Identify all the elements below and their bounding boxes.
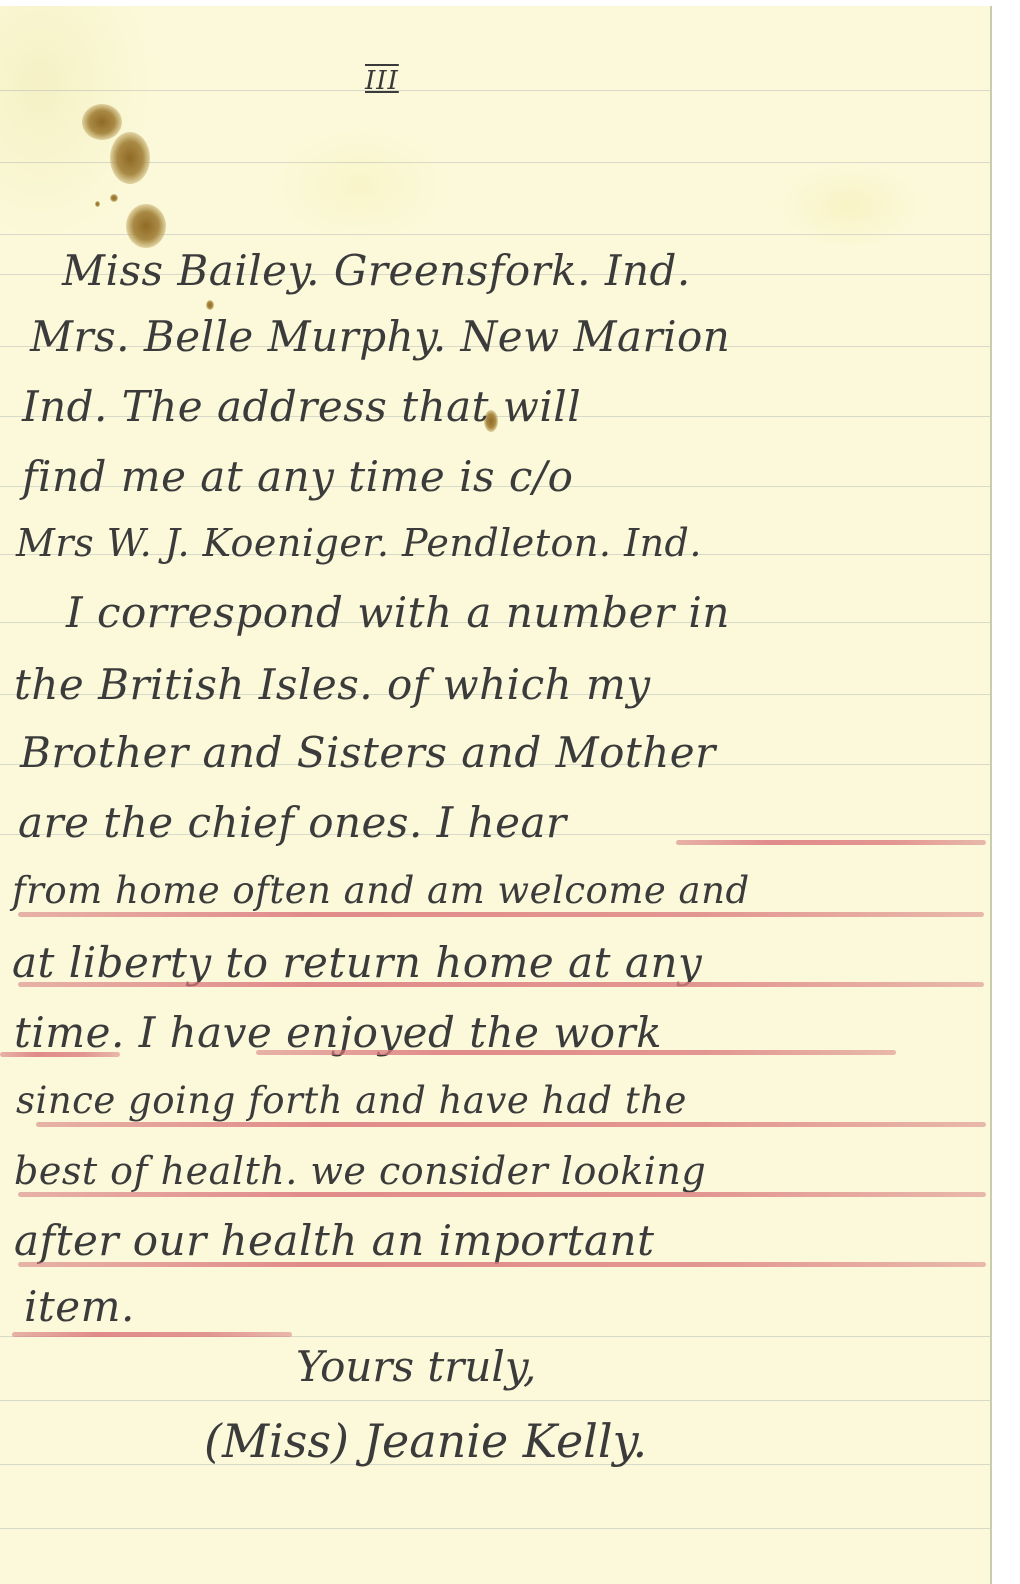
red-underline xyxy=(18,1192,986,1197)
letter-line: I correspond with a number in xyxy=(66,592,990,634)
red-underline xyxy=(18,912,984,917)
letter-line: time. I have enjoyed the work xyxy=(14,1012,990,1054)
ruled-line xyxy=(0,1528,992,1529)
letter-line: are the chief ones. I hear xyxy=(18,802,990,844)
stain xyxy=(110,194,118,202)
letter-line: Miss Bailey. Greensfork. Ind. xyxy=(62,250,990,292)
letter-line: at liberty to return home at any xyxy=(12,942,990,984)
red-underline xyxy=(256,1050,896,1055)
stain xyxy=(206,300,214,310)
signature: (Miss) Jeanie Kelly. xyxy=(204,1418,647,1464)
letter-line: since going forth and have had the xyxy=(16,1082,990,1119)
letter-line: Mrs W. J. Koeniger. Pendleton. Ind. xyxy=(16,524,990,562)
stain xyxy=(110,132,150,184)
letter-line: after our health an important xyxy=(14,1220,990,1262)
letter-line: find me at any time is c/o xyxy=(22,456,990,498)
ruled-line xyxy=(0,90,992,91)
stain xyxy=(82,104,122,140)
letter-line: Mrs. Belle Murphy. New Marion xyxy=(30,316,990,358)
letter-line: the British Isles. of which my xyxy=(14,664,990,706)
letter-line: Ind. The address that will xyxy=(22,386,990,428)
red-underline xyxy=(0,1052,120,1057)
letter-line: from home often and am welcome and xyxy=(12,872,990,909)
page-number: III xyxy=(365,66,399,96)
stain xyxy=(126,204,166,248)
red-underline xyxy=(18,982,984,987)
letter-page: III Miss Bailey. Greensfork. Ind. Mrs. B… xyxy=(0,6,992,1584)
red-underline xyxy=(12,1332,292,1337)
stain xyxy=(95,201,100,207)
letter-line: Brother and Sisters and Mother xyxy=(20,732,990,774)
valediction: Yours truly, xyxy=(296,1346,536,1388)
red-underline xyxy=(18,1262,986,1267)
red-underline xyxy=(676,840,986,845)
letter-line: item. xyxy=(24,1286,990,1328)
ruled-line xyxy=(0,1400,992,1401)
letter-line: best of health. we consider looking xyxy=(14,1152,990,1190)
red-underline xyxy=(36,1122,986,1127)
